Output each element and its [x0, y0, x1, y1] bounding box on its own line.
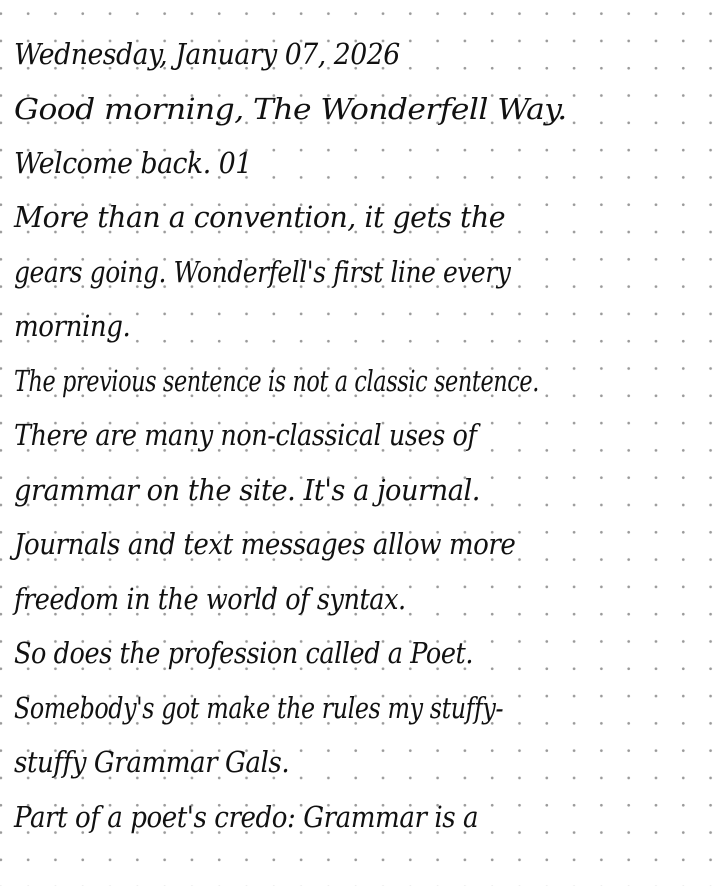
journal-text-line: gears going. Wonderfell's first line eve…	[14, 258, 510, 287]
journal-text-line: Part of a poet's credo: Grammar is a	[14, 803, 478, 832]
journal-text-line: More than a convention, it gets the	[14, 203, 505, 232]
journal-date-line: Wednesday, January 07, 2026	[14, 40, 400, 69]
journal-text-line: There are many non-classical uses of	[14, 421, 476, 450]
journal-welcome-line: Welcome back. 01	[14, 149, 252, 178]
dot-grid-page: Wednesday, January 07, 2026 Good morning…	[0, 0, 713, 886]
journal-text-line: freedom in the world of syntax.	[14, 585, 406, 614]
journal-greeting-line: Good morning, The Wonderfell Way.	[14, 95, 567, 124]
handwritten-text: Wednesday, January 07, 2026 Good morning…	[0, 0, 713, 886]
journal-text-line: So does the profession called a Poet.	[14, 639, 473, 668]
journal-text-line: grammar on the site. It's a journal.	[14, 476, 480, 505]
journal-text-line: stuffy Grammar Gals.	[14, 748, 289, 777]
journal-text-line: Somebody's got make the rules my stuffy-	[14, 694, 503, 723]
journal-text-line: morning.	[14, 312, 130, 341]
journal-text-line: Journals and text messages allow more	[14, 530, 515, 559]
journal-text-line: The previous sentence is not a classic s…	[14, 367, 539, 396]
